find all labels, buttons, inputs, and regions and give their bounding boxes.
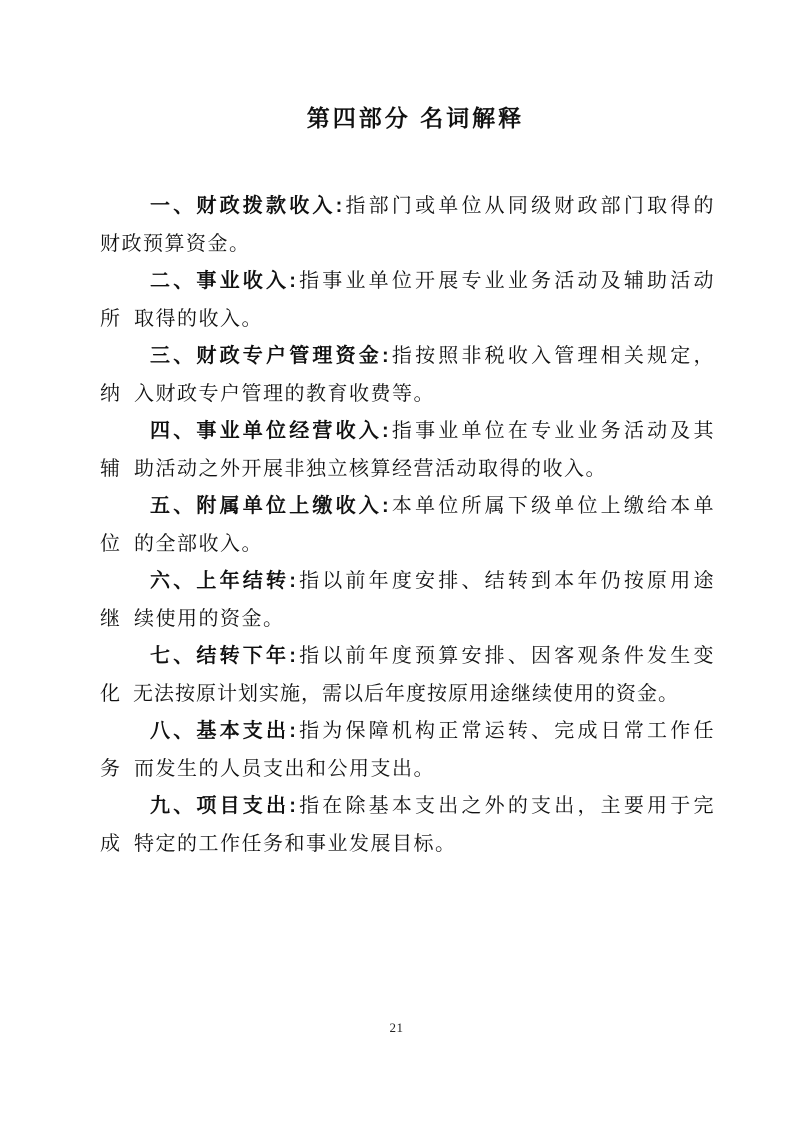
page-title: 第四部分 名词解释	[100, 103, 731, 133]
definition-line-1: 四、事业单位经营收入:指事业单位在专业业务活动及其	[100, 413, 731, 451]
definition-text: 指以前年度安排、结转到本年仍按原用途	[299, 570, 717, 592]
term-label: 六、上年结转:	[150, 570, 299, 592]
definition-line-2: 所 取得的收入。	[100, 301, 731, 339]
definition-line-2: 继 续使用的资金。	[100, 601, 731, 639]
term-label: 四、事业单位经营收入:	[150, 420, 392, 442]
definition-text: 本单位所属下级单位上缴给本单	[392, 495, 717, 517]
term-label: 五、附属单位上缴收入:	[150, 495, 392, 517]
definition-text: 指以前年度预算安排、因客观条件发生变	[299, 645, 717, 667]
definition-line-2: 财政预算资金。	[100, 226, 731, 264]
document-page: 第四部分 名词解释 一、财政拨款收入:指部门或单位从同级财政部门取得的财政预算资…	[0, 0, 793, 1122]
definition-paragraph: 四、事业单位经营收入:指事业单位在专业业务活动及其辅 助活动之外开展非独立核算经…	[100, 413, 731, 488]
definition-line-2: 务 而发生的人员支出和公用支出。	[100, 751, 731, 789]
definition-text: 指事业单位开展专业业务活动及辅助活动	[299, 270, 717, 292]
definition-paragraph: 二、事业收入:指事业单位开展专业业务活动及辅助活动所 取得的收入。	[100, 263, 731, 338]
definition-paragraph: 三、财政专户管理资金:指按照非税收入管理相关规定，纳 入财政专户管理的教育收费等…	[100, 338, 731, 413]
definition-paragraph: 一、财政拨款收入:指部门或单位从同级财政部门取得的财政预算资金。	[100, 188, 731, 263]
page-number: 21	[0, 1020, 793, 1036]
definition-paragraph: 五、附属单位上缴收入:本单位所属下级单位上缴给本单位 的全部收入。	[100, 488, 731, 563]
definition-line-2: 辅 助活动之外开展非独立核算经营活动取得的收入。	[100, 451, 731, 489]
definition-paragraph: 七、结转下年:指以前年度预算安排、因客观条件发生变化 无法按原计划实施，需以后年…	[100, 638, 731, 713]
definition-line-1: 三、财政专户管理资金:指按照非税收入管理相关规定，	[100, 338, 731, 376]
definition-paragraph: 八、基本支出:指为保障机构正常运转、完成日常工作任务 而发生的人员支出和公用支出…	[100, 713, 731, 788]
term-label: 三、财政专户管理资金:	[150, 345, 392, 367]
definition-line-2: 化 无法按原计划实施，需以后年度按原用途继续使用的资金。	[100, 676, 731, 714]
term-label: 八、基本支出:	[150, 720, 299, 742]
definition-line-1: 六、上年结转:指以前年度安排、结转到本年仍按原用途	[100, 563, 731, 601]
definition-text: 指部门或单位从同级财政部门取得的	[345, 195, 716, 217]
definition-line-2: 纳 入财政专户管理的教育收费等。	[100, 376, 731, 414]
term-label: 二、事业收入:	[150, 270, 299, 292]
definition-paragraph: 六、上年结转:指以前年度安排、结转到本年仍按原用途继 续使用的资金。	[100, 563, 731, 638]
term-label: 一、财政拨款收入:	[150, 195, 345, 217]
definition-line-2: 位 的全部收入。	[100, 526, 731, 564]
definition-text: 指在除基本支出之外的支出，主要用于完	[299, 795, 717, 817]
definition-line-1: 一、财政拨款收入:指部门或单位从同级财政部门取得的	[100, 188, 731, 226]
definition-text: 指按照非税收入管理相关规定，	[392, 345, 717, 367]
term-label: 七、结转下年:	[150, 645, 299, 667]
definition-text: 指为保障机构正常运转、完成日常工作任	[299, 720, 717, 742]
term-label: 九、项目支出:	[150, 795, 299, 817]
definition-paragraph: 九、项目支出:指在除基本支出之外的支出，主要用于完成 特定的工作任务和事业发展目…	[100, 788, 731, 863]
definition-line-1: 八、基本支出:指为保障机构正常运转、完成日常工作任	[100, 713, 731, 751]
definition-line-1: 九、项目支出:指在除基本支出之外的支出，主要用于完	[100, 788, 731, 826]
definitions-list: 一、财政拨款收入:指部门或单位从同级财政部门取得的财政预算资金。二、事业收入:指…	[100, 188, 731, 863]
definition-line-1: 二、事业收入:指事业单位开展专业业务活动及辅助活动	[100, 263, 731, 301]
definition-line-1: 五、附属单位上缴收入:本单位所属下级单位上缴给本单	[100, 488, 731, 526]
definition-line-2: 成 特定的工作任务和事业发展目标。	[100, 826, 731, 864]
definition-text: 指事业单位在专业业务活动及其	[392, 420, 717, 442]
definition-line-1: 七、结转下年:指以前年度预算安排、因客观条件发生变	[100, 638, 731, 676]
